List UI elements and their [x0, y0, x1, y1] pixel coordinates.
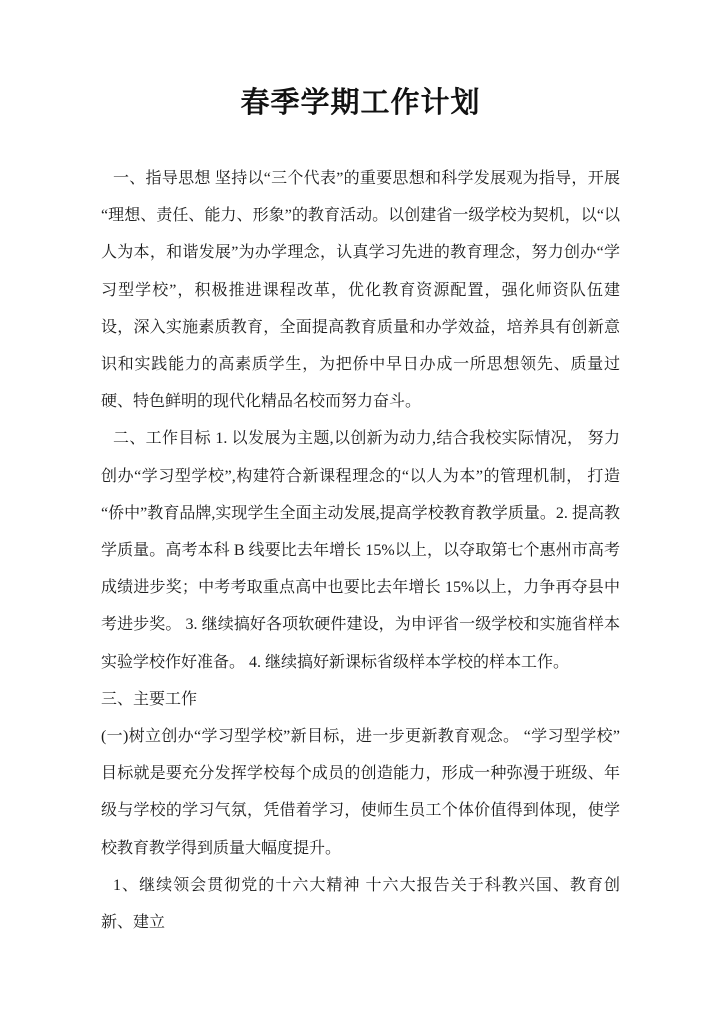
document-page: 春季学期工作计划 一、指导思想 坚持以“三个代表”的重要思想和科学发展观为指导，…	[0, 0, 721, 1020]
paragraph-work-goals: 二、工作目标 1. 以发展为主题,以创新为动力,结合我校实际情况， 努力创办“学…	[101, 420, 620, 680]
paragraph-16th-congress-spirit: 1、继续领会贯彻党的十六大精神 十六大报告关于科教兴国、教育创新、建立	[101, 867, 620, 941]
paragraph-learning-school-goal: (一)树立创办“学习型学校”新目标，进一步更新教育观念。 “学习型学校”目标就是…	[101, 718, 620, 867]
document-title: 春季学期工作计划	[101, 84, 620, 122]
paragraph-main-work-heading: 三、主要工作	[101, 681, 620, 718]
document-body: 一、指导思想 坚持以“三个代表”的重要思想和科学发展观为指导，开展“理想、责任、…	[101, 160, 620, 941]
paragraph-guiding-ideology: 一、指导思想 坚持以“三个代表”的重要思想和科学发展观为指导，开展“理想、责任、…	[101, 160, 620, 420]
